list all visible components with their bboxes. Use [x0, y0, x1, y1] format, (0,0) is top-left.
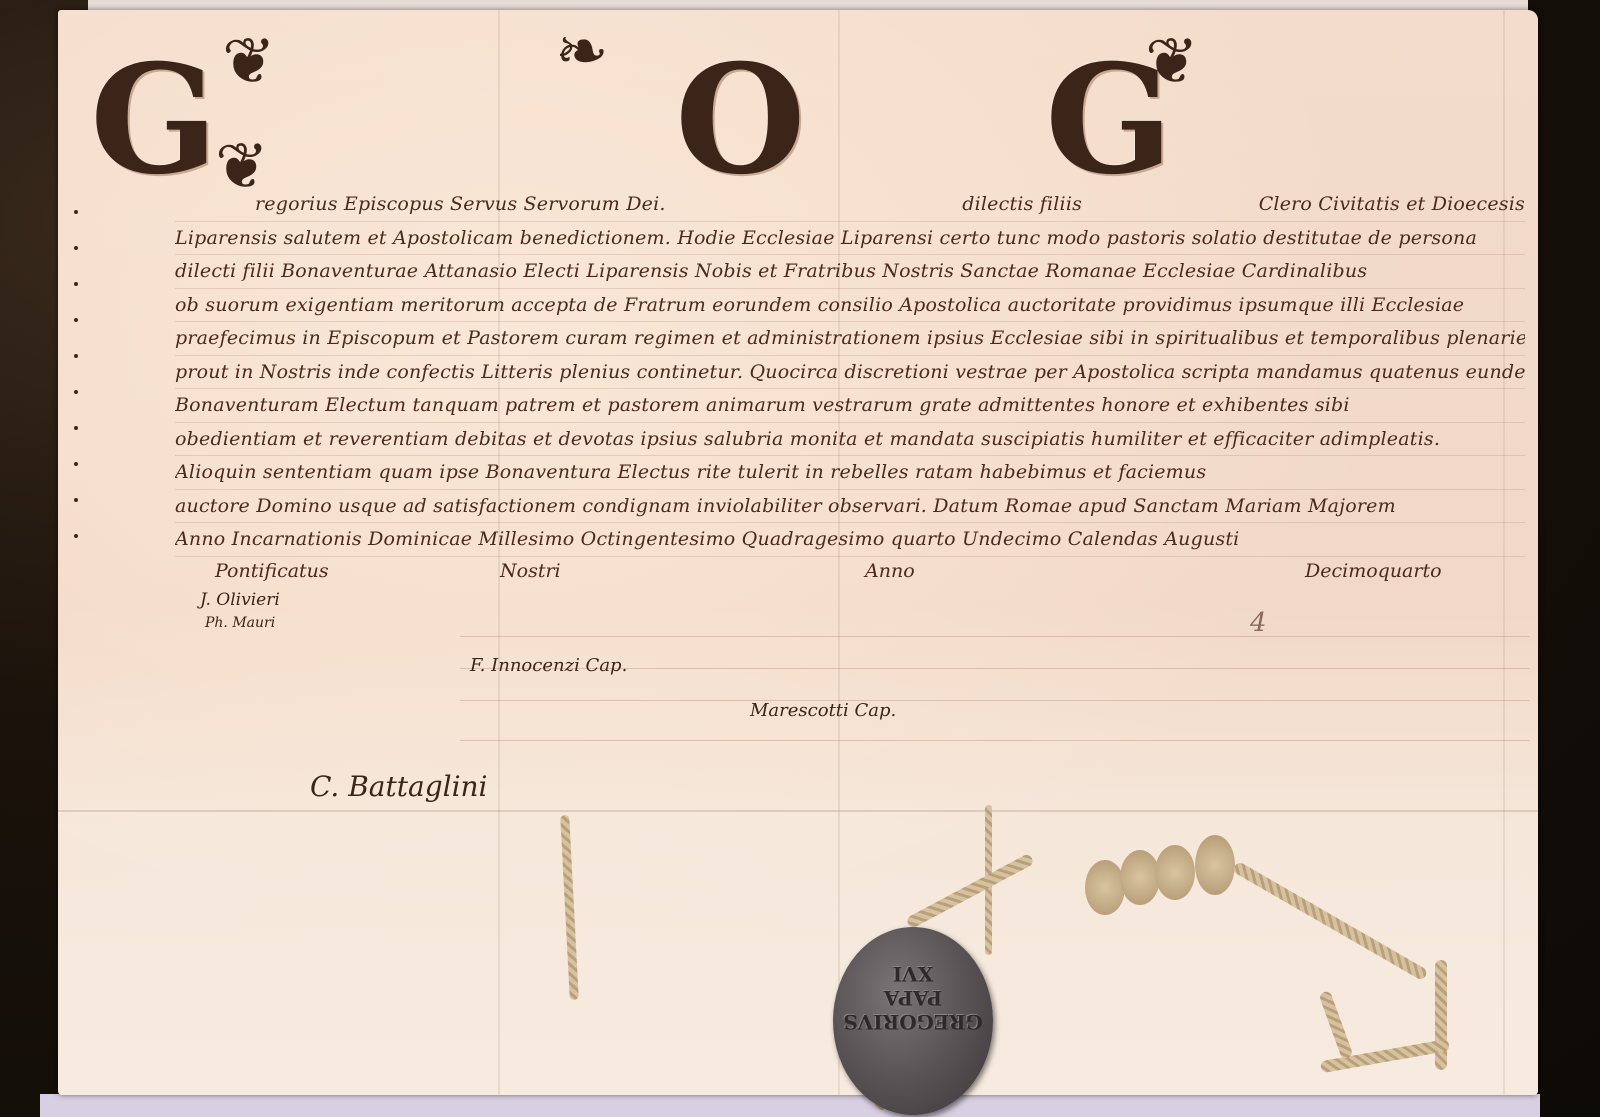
flourish-ornament-icon: ❦: [222, 30, 276, 94]
inscriptio: dilectis filiis: [962, 188, 1082, 221]
seal-inscription: GREGORIVS PAPA XVI: [833, 962, 993, 1034]
seal-line: XVI: [833, 962, 993, 986]
flourish-ornament-icon: ❦: [1145, 30, 1199, 94]
silk-cord: [1435, 960, 1447, 1070]
margin-mark: 4: [1250, 608, 1267, 638]
text-line: obedientiam et reverentiam debitas et de…: [175, 423, 1525, 457]
text-line: Liparensis salutem et Apostolicam benedi…: [175, 222, 1525, 256]
cord-knot: [1085, 860, 1125, 915]
ruled-line: [460, 740, 1530, 741]
text-line: praefecimus in Episcopum et Pastorem cur…: [175, 322, 1525, 356]
text-line: auctore Domino usque ad satisfactionem c…: [175, 490, 1525, 524]
signature-marescotti: Marescotti Cap.: [750, 700, 896, 721]
backdrop-strip: [40, 1094, 1540, 1117]
ruled-line: [460, 636, 1530, 637]
cord-knot: [1155, 845, 1195, 900]
dating-decimoquarto: Decimoquarto: [1305, 560, 1442, 582]
text-line-salutation: regorius Episcopus Servus Servorum Dei. …: [175, 188, 1525, 222]
decorated-initial-g: G: [90, 45, 218, 195]
text-line: Alioquin sententiam quam ipse Bonaventur…: [175, 456, 1525, 490]
signature-battaglini: C. Battaglini: [310, 770, 488, 803]
signature-innocenzi: F. Innocenzi Cap.: [470, 655, 627, 676]
inscriptio-recipients: Clero Civitatis et Dioecesis: [1259, 188, 1525, 221]
text-line: ob suorum exigentiam meritorum accepta d…: [175, 289, 1525, 323]
text-line: dilecti filii Bonaventurae Attanasio Ele…: [175, 255, 1525, 289]
decorated-initial-o: O: [675, 45, 806, 195]
dating-pontificatus: Pontificatus: [215, 560, 329, 582]
lead-bulla-seal: GREGORIVS PAPA XVI: [833, 927, 993, 1115]
text-line: Anno Incarnationis Dominicae Millesimo O…: [175, 523, 1525, 557]
fold-line: [58, 810, 1538, 812]
dating-anno: Anno: [865, 560, 915, 582]
intitulatio: regorius Episcopus Servus Servorum Dei.: [255, 188, 666, 221]
seal-line: PAPA: [833, 986, 993, 1010]
dating-nostri: Nostri: [500, 560, 561, 582]
acanthus-leaf-ornament-icon: ❧: [555, 20, 609, 84]
bull-text-body: regorius Episcopus Servus Servorum Dei. …: [175, 188, 1525, 557]
seal-line: GREGORIVS: [833, 1010, 993, 1034]
text-line: prout in Nostris inde confectis Litteris…: [175, 356, 1525, 390]
signature-olivieri: J. Olivieri: [200, 590, 280, 610]
ruling-prick-marks: [74, 210, 78, 570]
signature-mauri: Ph. Mauri: [205, 615, 275, 631]
dating-clause: Pontificatus Nostri Anno Decimoquarto: [175, 560, 1525, 590]
text-line: Bonaventuram Electum tanquam patrem et p…: [175, 389, 1525, 423]
cord-knot: [1195, 835, 1235, 895]
cord-knot: [1120, 850, 1160, 905]
ruled-line: [460, 700, 1530, 701]
